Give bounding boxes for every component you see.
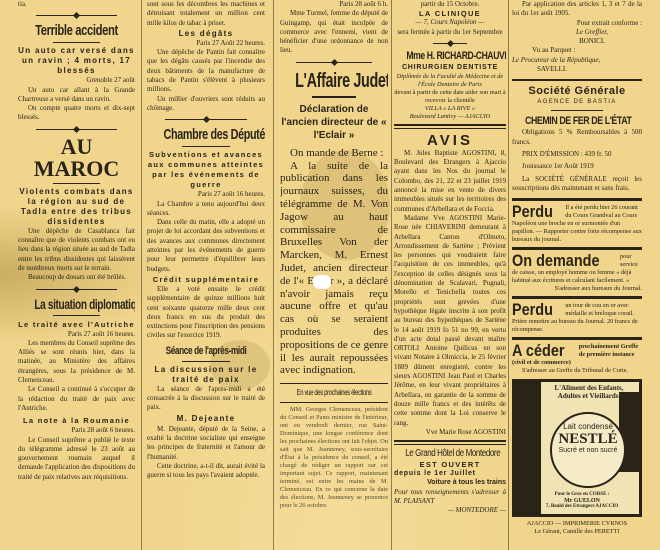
- hotel-cars: Voiture à tous les trains: [394, 478, 506, 487]
- classified-perdu-2: Perdu un tour de cou en or avec médaille…: [512, 302, 642, 334]
- paragraph: Le Conseil a continué à s'occuper de la …: [18, 385, 135, 413]
- classified-title: Perdu: [512, 204, 553, 220]
- column-2: sont sous les décombres les machines et …: [147, 0, 265, 550]
- societe-jouissance: Jouissance 1er Août 1919: [512, 162, 642, 171]
- divider: [53, 315, 100, 316]
- paragraph: Un auto car allant à la Grande Chartreus…: [18, 86, 135, 105]
- classified-title: A céder: [512, 343, 564, 359]
- dateline: Paris 28 août 6 heures.: [18, 426, 135, 435]
- nestle-tagline: L'Aliment des Enfants, Adultes et Vieill…: [543, 384, 635, 400]
- divider: [394, 124, 506, 129]
- subhead-autriche: Le traité avec l'Autriche: [18, 319, 135, 330]
- dealer-address: 7, Bould des Etrangers AJACCIO: [545, 504, 619, 510]
- paragraph: La séance de l'après-midi a été consacré…: [147, 385, 265, 413]
- divider: [512, 198, 642, 201]
- divider: [512, 337, 642, 340]
- headline-affaire-judet: L'Affaire Judet: [295, 69, 373, 93]
- societe-name: Société Générale: [512, 84, 642, 98]
- text-fragment: partir du 15 Octobre.: [394, 0, 506, 9]
- divider: [512, 247, 642, 250]
- subhead-credit: Crédit supplémentaire: [147, 274, 265, 285]
- nestle-brand: NESTLÉ: [552, 431, 624, 447]
- headline-chambre: Chambre des Députés: [164, 126, 249, 143]
- paragraph: Le Conseil suprême a publié le texte du …: [18, 436, 135, 482]
- dentist-villa: VILLA « LA RIVE »: [425, 105, 475, 112]
- imprint-gerant: Le Gérant, Camille des PERETTI: [512, 528, 642, 536]
- ornament-rule: [36, 12, 118, 19]
- dentist-name: Mme H. RICHARD-CHAUVIN: [406, 50, 493, 63]
- divider: [280, 383, 388, 384]
- ornament-rule: [433, 40, 467, 47]
- divider: [182, 361, 229, 362]
- dateline: Paris 27 août 16 heures.: [147, 190, 265, 199]
- avis-title: AVIS: [394, 132, 506, 149]
- paper-damage: [313, 275, 331, 289]
- subhead-degats: Les dégâts: [147, 28, 265, 39]
- classified-a-ceder: A céder prochainement Greffe de première…: [512, 343, 642, 375]
- column-4: partir du 15 Octobre. LA CLINIQUE — 7, C…: [394, 0, 506, 550]
- divider: [512, 79, 642, 81]
- classified-perdu-1: Perdu Il a été perdu hier 26 courant du …: [512, 204, 642, 244]
- procureur-role: Le Procureur de la République,: [512, 56, 600, 64]
- societe-agency: AGENCE DE BASTIA: [512, 98, 642, 107]
- greffier-name: BONICI.: [512, 37, 642, 46]
- clinique-closing: sera fermée à partir du 1er Septembre: [394, 28, 506, 37]
- column-3: Paris 28 août 6 h. Mme Turmel, femme du …: [280, 0, 388, 550]
- dentist-profession: CHIRURGIEN DENTISTE: [394, 63, 506, 73]
- subhead-subventions: Subventions et avances aux communes atte…: [147, 150, 265, 190]
- subhead-apres-midi: Séance de l'après-midi: [162, 344, 251, 358]
- paragraph: On mande de Berne :: [280, 147, 388, 160]
- subhead-elections: En vue des prochaines élections: [294, 387, 375, 399]
- avis-signature: Vve Marie Rose AGOSTINI: [394, 428, 506, 437]
- paragraph: On compte quatre morts et dix-sept bless…: [18, 104, 135, 123]
- paragraph: M. Jules Baptiste AGOSTINI, 8, Boulevard…: [394, 149, 506, 214]
- paragraph: A la suite de la publication dans les jo…: [280, 160, 388, 378]
- subhead-declaration: Déclaration de l'ancien directeur de « l…: [280, 103, 388, 142]
- hotel-title: Le Grand Hôtel de Montedore: [405, 448, 495, 460]
- legal-extract: Pour extrait conforme :: [512, 19, 642, 28]
- societe-bonds: Obligations 5 % Remboursables à 500 fran…: [512, 128, 642, 147]
- hotel-place: — MONTEDORE —: [448, 506, 506, 514]
- classified-title: Perdu: [512, 302, 553, 318]
- nestle-dealer: Pour le Gros en CORSE : Mr GUELON 7, Bou…: [545, 492, 619, 510]
- paragraph: Mme Turmel, femme du député de Guingamp,…: [280, 9, 388, 55]
- paragraph: Une dépêche de Pantin fait connaître que…: [147, 48, 265, 94]
- paragraph: Madame Vve AGOSTINI Marie-Rose née CHIAV…: [394, 214, 506, 428]
- paragraph: MM. Georges Clemenceau, président du Con…: [280, 406, 388, 510]
- divider: [394, 440, 506, 445]
- paragraph: Une dépêche de Casablanca fait connaître…: [18, 227, 135, 273]
- ornament-rule: [296, 59, 372, 66]
- dateline: Paris 27 Août 22 heures.: [147, 39, 265, 48]
- column-5: Par application des articles 1, 3 et 7 d…: [512, 0, 642, 550]
- paragraph: Beaucoup de douars ont été brûlés.: [18, 273, 135, 282]
- dentist-diploma: Diplômée de la Faculté de Médecine et de…: [397, 73, 503, 88]
- paragraph: sont sous les décombres les machines et …: [147, 0, 265, 28]
- divider: [280, 402, 388, 403]
- divider: [182, 146, 229, 147]
- dentist-note: devant à partir de cette date aider son …: [394, 89, 506, 105]
- procureur-name: SAVELLI.: [512, 65, 642, 74]
- subhead-dejeante: M. Dejeante: [147, 413, 265, 425]
- headline-diplomatie: La situation diplomatique: [34, 296, 118, 312]
- ornament-rule: [36, 286, 118, 293]
- societe-headline: CHEMIN DE FER DE L'ÉTAT: [525, 114, 629, 128]
- ornament-rule: [165, 116, 248, 123]
- paragraph: Dans celle du matin, elle a adopté un pr…: [147, 218, 265, 274]
- paragraph: Cette doctrine, a-t-il dit, aurait évité…: [147, 462, 265, 481]
- subhead-roumanie: La note à la Roumanie: [18, 415, 135, 426]
- column-rule: [273, 0, 274, 550]
- divider: [312, 96, 355, 98]
- divider: [53, 183, 100, 184]
- divider: [53, 42, 100, 43]
- dateline: Grenoble 27 août: [18, 76, 135, 85]
- nestle-lait: Lait condensé: [552, 422, 624, 431]
- classified-contact: S'adresser au Greffe du Tribunal de Cort…: [512, 367, 642, 375]
- classified-on-demande: On demande pour service de caisse, un em…: [512, 253, 642, 293]
- ornament-rule: [36, 126, 118, 133]
- paragraph: La Chambre a tenu aujourd'hui deux séanc…: [147, 200, 265, 219]
- nestle-variants: Sucré et non sucré: [552, 447, 624, 455]
- column-rule: [141, 0, 142, 550]
- subhead-discussion: La discussion sur le traité de paix: [147, 365, 265, 385]
- societe-note: La SOCIÉTÉ GÉNÉRALE reçoit les souscript…: [512, 175, 642, 194]
- divider: [551, 110, 603, 111]
- paragraph: Un millier d'ouvriers sont réduits au ch…: [147, 95, 265, 114]
- hotel-contact: Pour tous renseignements s'adresser à M.…: [394, 488, 506, 505]
- ad-graphic-band: [515, 382, 541, 514]
- greffier-role: Le Greffier,: [576, 28, 608, 36]
- column-rule: [391, 0, 392, 550]
- column-rule: [508, 0, 509, 550]
- paragraph: Les membres du Conseil suprême des Allié…: [18, 339, 135, 385]
- nestle-can-label: Lait condensé NESTLÉ Sucré et non sucré: [550, 412, 626, 488]
- imprint-printer: AJACCIO — IMPRIMERIE CYRNOS: [512, 520, 642, 528]
- societe-price: PRIX D'ÉMISSION : 439 fr. 50: [512, 150, 642, 159]
- paragraph: M. Dejeante, député de la Seine, a exalt…: [147, 425, 265, 462]
- headline-maroc: AU MAROC: [18, 136, 135, 180]
- classified-title: On demande: [512, 253, 600, 269]
- classified-contact: S'adresser aux bureaux du Journal.: [512, 285, 642, 293]
- text-fragment: tia.: [18, 0, 135, 9]
- column-1: tia. Terrible accident Un auto car versé…: [18, 0, 135, 550]
- hotel-since: depuis le 1er Juillet: [394, 469, 506, 478]
- hotel-status: EST OUVERT: [394, 460, 506, 469]
- subhead-accident: Un auto car versé dans un ravin ; 4 mort…: [18, 46, 135, 76]
- clinique-address: — 7, Cours Napoléon —: [415, 18, 484, 26]
- headline-accident: Terrible accident: [33, 22, 121, 39]
- legal-parquet: Vu au Parquet :: [512, 46, 642, 55]
- divider: [512, 296, 642, 299]
- subhead-maroc: Violents combats dans la région au sud d…: [18, 187, 135, 227]
- dentist-address: Boulevard Lantivy — AJACCIO: [410, 113, 491, 120]
- dateline: Paris 27 août 16 heures.: [18, 330, 135, 339]
- dateline: Paris 28 août 6 h.: [280, 0, 388, 9]
- paragraph: Par application des articles 1, 3 et 7 d…: [512, 0, 642, 19]
- nestle-advertisement: L'Aliment des Enfants, Adultes et Vieill…: [512, 379, 642, 517]
- paragraph: Elle a voté ensuite le crédit supplément…: [147, 285, 265, 341]
- clinique-name: LA CLINIQUE: [394, 9, 506, 18]
